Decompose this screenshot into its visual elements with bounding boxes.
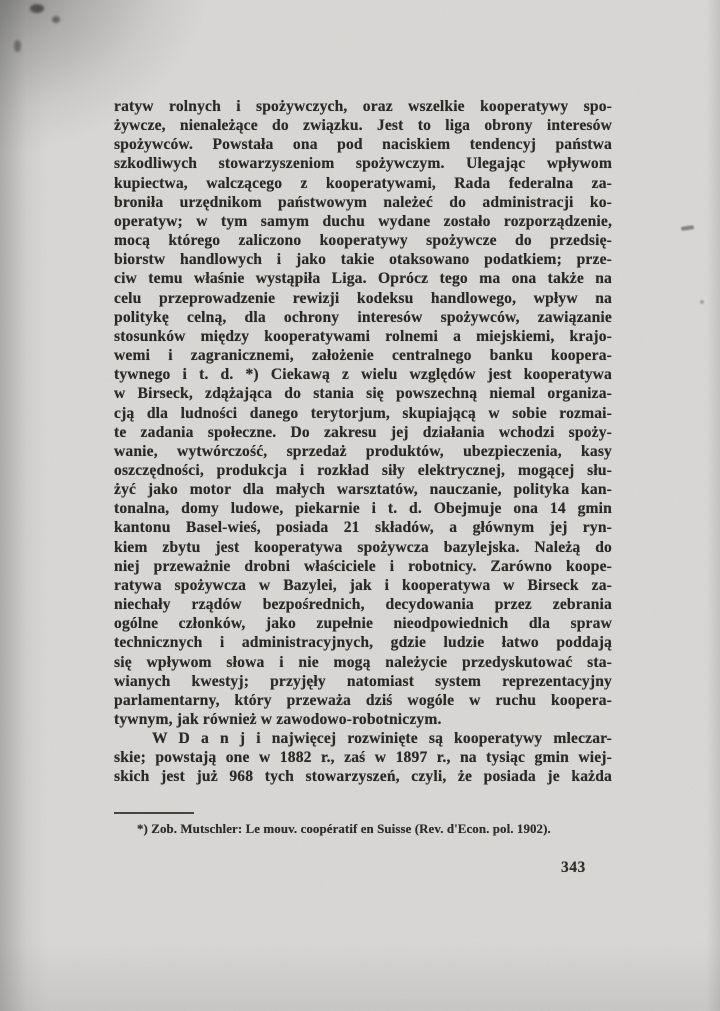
body-line: szkodliwych stowarzyszeniom spożywczym. … xyxy=(114,154,612,173)
scan-ink-blob xyxy=(52,16,60,23)
body-line: wanie, wytwórczość, sprzedaż produktów, … xyxy=(114,442,612,461)
body-line: ciw temu właśnie wystąpiła Liga. Oprócz … xyxy=(114,269,612,288)
page-number: 343 xyxy=(561,859,586,877)
body-line: ratyw rolnych i spożywczych, oraz wszelk… xyxy=(114,97,612,116)
scan-shadow-right-edge xyxy=(706,0,720,1011)
scan-shadow-bottom-edge xyxy=(0,941,720,1011)
scan-speck xyxy=(681,225,694,231)
body-line: politykę celną, dla ochrony interesów sp… xyxy=(114,308,612,327)
body-line: niechały rządów bezpośrednich, decydowan… xyxy=(114,595,612,614)
body-line: ogólne członków, jako zupełnie nieodpowi… xyxy=(114,614,612,633)
body-line: kantonu Basel-wieś, posiada 21 składów, … xyxy=(114,518,612,537)
body-text: ratyw rolnych i spożywczych, oraz wszelk… xyxy=(114,97,612,787)
body-line: technicznych i administracyjnych, gdzie … xyxy=(114,633,612,652)
body-line: wianych kwestyj; przyjęły natomiast syst… xyxy=(114,672,612,691)
body-line: tywnym, jak również w zawodowo-robotnicz… xyxy=(114,710,612,729)
body-line: W D a n j i najwięcej rozwinięte są koop… xyxy=(114,729,612,748)
scan-speck xyxy=(700,300,704,304)
body-line: skie; powstają one w 1882 r., zaś w 1897… xyxy=(114,748,612,767)
body-line: broniła urzędnikom państwowym należeć do… xyxy=(114,193,612,212)
body-line: celu przeprowadzenie rewizji kodeksu han… xyxy=(114,289,612,308)
scanned-book-page: ratyw rolnych i spożywczych, oraz wszelk… xyxy=(0,0,720,1011)
scan-shadow-left-edge xyxy=(0,0,48,1011)
body-line: oszczędności, produkcja i rozkład siły e… xyxy=(114,461,612,480)
body-line: się wpływom słowa i nie mogą należycie p… xyxy=(114,653,612,672)
footnote-text: *) Zob. Mutschler: Le mouv. coopératif e… xyxy=(137,822,617,837)
body-line: ratywa spożywcza w Bazylei, jak i kooper… xyxy=(114,576,612,595)
scan-ink-blob xyxy=(30,4,44,13)
body-line: w Birseck, zdążająca do stania się powsz… xyxy=(114,384,612,403)
body-line: biorstw handlowych i jako takie otaksowa… xyxy=(114,250,612,269)
body-line: tywnego i t. d. *) Ciekawą z wielu wzglę… xyxy=(114,365,612,384)
body-line: niej przeważnie drobni właściciele i rob… xyxy=(114,557,612,576)
body-line: skich jest już 968 tych stowarzyszeń, cz… xyxy=(114,767,612,786)
body-line: tonalna, domy ludowe, piekarnie i t. d. … xyxy=(114,499,612,518)
footnote-separator xyxy=(114,812,194,814)
body-line: te zadania społeczne. Do zakresu jej dzi… xyxy=(114,423,612,442)
body-line: żywcze, nienależące do związku. Jest to … xyxy=(114,116,612,135)
body-line: żyć jako motor dla małych warsztatów, na… xyxy=(114,480,612,499)
body-line: cją dla ludności danego terytorjum, skup… xyxy=(114,404,612,423)
scan-ink-blob xyxy=(14,40,21,52)
body-line: operatyw; w tym samym duchu wydane zosta… xyxy=(114,212,612,231)
body-line: spożywców. Powstała ona pod naciskiem te… xyxy=(114,135,612,154)
body-line: kupiectwa, walczącego z kooperatywami, R… xyxy=(114,174,612,193)
body-line: parlamentarny, który przeważa dziś wogól… xyxy=(114,691,612,710)
body-line: wemi i zagranicznemi, założenie centraln… xyxy=(114,346,612,365)
body-line: kiem zbytu jest kooperatywa spożywcza ba… xyxy=(114,538,612,557)
body-line: stosunków między kooperatywami rolnemi a… xyxy=(114,327,612,346)
body-line: mocą którego zaliczono kooperatywy spoży… xyxy=(114,231,612,250)
